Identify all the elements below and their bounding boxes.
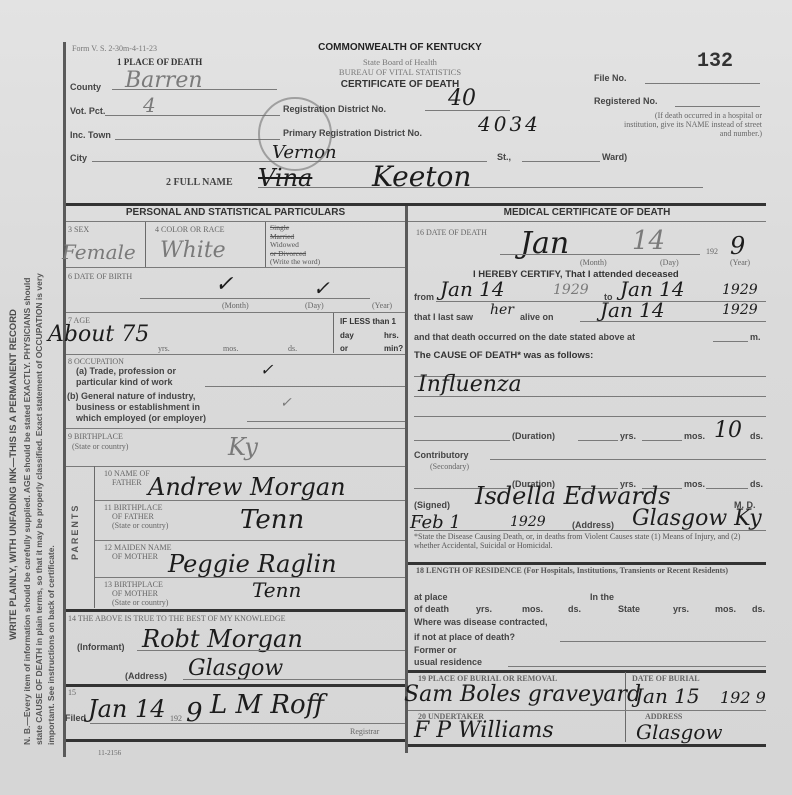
duration-label: (Duration) [512, 431, 555, 441]
registered-no-label: Registered No. [594, 96, 658, 106]
last-saw-label: that I last saw [414, 312, 473, 322]
father-name-label-2: FATHER [112, 478, 142, 487]
residence-ds-2: ds. [752, 604, 765, 614]
informant-line [137, 650, 405, 651]
informant-label: (Informant) [77, 642, 125, 652]
age-ds-label: ds. [288, 344, 297, 353]
side-instruction-line3: state CAUSE OF DEATH in plain terms, so … [34, 273, 44, 745]
divider [408, 670, 766, 673]
former-residence-line [508, 666, 766, 667]
divider [66, 428, 405, 429]
state-title: COMMONWEALTH OF KENTUCKY [290, 42, 510, 53]
contributory-line [490, 459, 766, 460]
mother-name-label-1: 12 MAIDEN NAME [104, 543, 172, 552]
marital-instruction: (Write the word) [270, 258, 320, 267]
dod-month-label: (Month) [580, 258, 607, 267]
residence-contracted-2: if not at place of death? [414, 632, 515, 642]
residence-former-2: usual residence [414, 657, 482, 667]
informant-value: Robt Morgan [142, 625, 303, 653]
occ-b-label-2: business or establishment in [76, 402, 200, 412]
or-label: or [340, 344, 348, 353]
form-number: Form V. S. 2-30m-4-11-23 [72, 44, 157, 53]
duration-line [414, 440, 510, 441]
residence-at-place: at place [414, 592, 448, 602]
divider [94, 466, 95, 608]
residence-state: State [618, 604, 640, 614]
dob-label: 6 DATE OF BIRTH [68, 272, 132, 281]
residence-ds-1: ds. [568, 604, 581, 614]
registrar-signature: L M Roff [210, 690, 324, 720]
bureau-name: BUREAU OF VITAL STATISTICS [290, 67, 510, 77]
informant-statement: 14 THE ABOVE IS TRUE TO THE BEST OF MY K… [68, 614, 286, 623]
filed-label: Filed [65, 713, 86, 723]
occ-a-value: ✓ [260, 360, 273, 379]
filed-year-prefix: 192 [170, 714, 182, 723]
filed-number: 15 [68, 688, 76, 697]
reg-district-line [425, 110, 510, 111]
residence-of-death: of death [414, 604, 449, 614]
vot-pct-line [105, 115, 280, 116]
left-border [63, 42, 66, 757]
age-mos-label: mos. [223, 344, 238, 353]
divider [95, 540, 405, 541]
vot-pct-label: Vot. Pct. [70, 106, 105, 116]
occ-b-label-1: (b) General nature of industry, [67, 391, 195, 401]
occ-b-label-3: which employed (or employer) [76, 413, 206, 423]
divider [66, 466, 405, 467]
sex-value: Female [62, 240, 136, 264]
secondary-label: (Secondary) [430, 462, 469, 471]
vot-pct-value: 4 [143, 93, 156, 117]
county-label: County [70, 82, 101, 92]
full-name-line [258, 187, 703, 188]
race-value: White [160, 238, 226, 263]
residence-former-1: Former or [414, 645, 457, 655]
last-saw-pronoun: her [490, 302, 514, 318]
father-bp-label-1: 11 BIRTHPLACE [104, 503, 163, 512]
cause-value: Influenza [418, 372, 522, 397]
residence-mos-1: mos. [522, 604, 543, 614]
side-instruction-line2: N. B.—Every item of information should b… [22, 278, 32, 745]
occupation-label: 8 OCCUPATION [68, 357, 124, 366]
file-no-label: File No. [594, 73, 627, 83]
dod-year-prefix: 192 [706, 247, 718, 256]
residence-yrs-2: yrs. [673, 604, 689, 614]
divider [66, 739, 405, 742]
mother-bp-label-1: 13 BIRTHPLACE [104, 580, 163, 589]
duration2-ds-label: ds. [750, 479, 763, 489]
less-than-label: IF LESS than 1 [340, 317, 396, 326]
divider [333, 313, 334, 353]
burial-date-label: DATE OF BURIAL [632, 674, 700, 683]
mother-bp-value: Tenn [252, 578, 301, 602]
occ-a-line [205, 386, 405, 387]
reg-district-value: 40 [448, 86, 476, 111]
divider [265, 222, 266, 267]
filed-date-value: Jan 14 [88, 695, 166, 723]
alive-on-year: 1929 [722, 302, 758, 318]
cause-label: The CAUSE OF DEATH* was as follows: [414, 350, 593, 361]
st-label: St., [497, 152, 511, 162]
side-instruction-line4: important. See instructions on back of c… [46, 545, 56, 745]
primary-reg-label: Primary Registration District No. [283, 128, 422, 138]
doctor-address-value: Glasgow Ky [632, 506, 762, 531]
medical-section-title: MEDICAL CERTIFICATE OF DEATH [408, 207, 766, 218]
mother-name-value: Peggie Raglin [168, 550, 337, 578]
residence-yrs-1: yrs. [476, 604, 492, 614]
dod-month: Jan [520, 226, 569, 261]
race-label: 4 COLOR OR RACE [155, 225, 225, 234]
age-yrs-label: yrs. [158, 344, 170, 353]
registered-no-line [675, 106, 760, 107]
occ-a-label-1: (a) Trade, profession or [76, 366, 176, 376]
time-line [713, 341, 748, 342]
alive-on-line [580, 321, 766, 322]
divider [66, 684, 405, 687]
divider [95, 577, 405, 578]
stamp-number: 132 [697, 50, 733, 73]
dod-day: 14 [632, 226, 665, 256]
occ-a-label-2: particular kind of work [76, 377, 173, 387]
signed-line [414, 530, 766, 531]
from-label: from [414, 292, 434, 302]
residence-contracted-1: Where was disease contracted, [414, 617, 548, 627]
age-value: About 75 [48, 322, 149, 347]
signed-label: (Signed) [414, 500, 450, 510]
dod-year-label: (Year) [730, 258, 750, 267]
informant-address-label: (Address) [125, 671, 167, 681]
undertaker-value: F P Williams [414, 718, 554, 743]
side-instruction-main: WRITE PLAINLY, WITH UNFADING INK—THIS IS… [8, 309, 19, 640]
mother-bp-label-3: (State or country) [112, 598, 168, 607]
inc-town-line [115, 139, 280, 140]
duration-yrs-label: yrs. [620, 431, 636, 441]
mother-bp-label-2: OF MOTHER [112, 589, 158, 598]
burial-date-value: Jan 15 [635, 684, 700, 708]
burial-place-value: Sam Boles graveyard [404, 682, 641, 707]
reg-district-label: Registration District No. [283, 104, 386, 114]
mother-name-label-2: OF MOTHER [112, 552, 158, 561]
father-name-label-1: 10 NAME OF [104, 469, 150, 478]
contracted-line [560, 641, 766, 642]
dob-year-label: (Year) [372, 301, 392, 310]
inc-town-label: Inc. Town [70, 130, 111, 140]
section-top-rule [66, 203, 766, 206]
from-year: 1929 [553, 282, 589, 298]
father-bp-label-2: OF FATHER [112, 512, 154, 521]
divider [408, 221, 766, 222]
cause-line-2 [414, 396, 766, 397]
duration2-ds-line [706, 488, 748, 489]
duration-ds-value: 10 [714, 418, 742, 443]
county-line [112, 89, 277, 90]
father-bp-value: Tenn [240, 505, 304, 535]
divider [145, 222, 146, 267]
occ-b-value: ✓ [280, 395, 292, 411]
dob-line [140, 298, 370, 299]
duration2-mos-label: mos. [684, 479, 705, 489]
dob-month-value: ✓ [215, 272, 233, 297]
birthplace-sub: (State or country) [72, 442, 128, 451]
from-value: Jan 14 [440, 277, 505, 301]
divider [66, 312, 405, 313]
death-certificate: WRITE PLAINLY, WITH UNFADING INK—THIS IS… [0, 0, 792, 795]
duration-mos-line [642, 440, 682, 441]
divider [408, 710, 766, 711]
alive-on-value: Jan 14 [600, 298, 665, 322]
hrs-label: hrs. [384, 331, 399, 340]
father-bp-label-3: (State or country) [112, 521, 168, 530]
duration-mos-label: mos. [684, 431, 705, 441]
full-name-value: Keeton [372, 160, 471, 193]
dod-year: 9 [730, 232, 745, 260]
cause-line-3 [414, 416, 766, 417]
birthplace-value: Ky [228, 433, 258, 461]
informant-address-value: Glasgow [188, 656, 283, 681]
footer-code: 11-2156 [98, 749, 121, 757]
father-name-value: Andrew Morgan [148, 473, 346, 501]
dod-line [500, 254, 700, 255]
dod-label: 16 DATE OF DEATH [416, 228, 487, 237]
parents-label: PARENTS [70, 504, 80, 560]
divider [66, 609, 405, 612]
alive-on-label: alive on [520, 312, 554, 322]
informant-address-line [183, 679, 405, 680]
marital-status-options: Single Married Widowed or Divorced (Writ… [270, 224, 320, 267]
occ-b-line [247, 421, 405, 422]
certificate-title: CERTIFICATE OF DEATH [290, 79, 510, 90]
to-year: 1929 [722, 282, 758, 298]
day-label: day [340, 331, 354, 340]
burial-date-year: 192 9 [720, 688, 766, 707]
divider [66, 354, 405, 355]
dob-day-value: ✓ [313, 276, 330, 300]
personal-section-title: PERSONAL AND STATISTICAL PARTICULARS [66, 207, 405, 218]
primary-reg-value: 4034 [478, 112, 541, 136]
full-name-label: 2 FULL NAME [166, 177, 233, 188]
divider [66, 267, 405, 268]
sex-label: 3 SEX [68, 225, 89, 234]
filed-line [90, 723, 405, 724]
undertaker-address-value: Glasgow [636, 720, 723, 744]
residence-label: 18 LENGTH OF RESIDENCE (For Hospitals, I… [416, 566, 766, 576]
board-name: State Board of Health [290, 57, 510, 67]
min-label: min? [384, 344, 403, 353]
city-label: City [70, 153, 87, 163]
contributory-label: Contributory [414, 450, 469, 460]
doctor-address-label: (Address) [572, 520, 614, 530]
file-no-line [645, 83, 760, 84]
cause-footnote: *State the Disease Causing Death, or, in… [414, 532, 768, 550]
duration-yrs-line [578, 440, 618, 441]
registrar-label: Registrar [350, 727, 379, 736]
divider [66, 221, 405, 222]
divider [408, 562, 766, 565]
divider [408, 744, 766, 747]
duration-ds-label: ds. [750, 431, 763, 441]
hospital-note: (If death occurred in a hospital or inst… [624, 111, 762, 138]
birthplace-label: 9 BIRTHPLACE [68, 432, 123, 441]
dob-month-label: (Month) [222, 301, 249, 310]
residence-mos-2: mos. [715, 604, 736, 614]
m-label: m. [750, 332, 761, 342]
dod-day-label: (Day) [660, 258, 679, 267]
occurred-text: and that death occurred on the date stat… [414, 332, 635, 342]
divider [95, 500, 405, 501]
ward-label: Ward) [602, 152, 627, 162]
place-of-death-label: 1 PLACE OF DEATH [117, 57, 202, 67]
residence-in-the: In the [590, 592, 614, 602]
dob-day-label: (Day) [305, 301, 324, 310]
signed-year: 1929 [510, 514, 546, 530]
st-line [522, 161, 600, 162]
